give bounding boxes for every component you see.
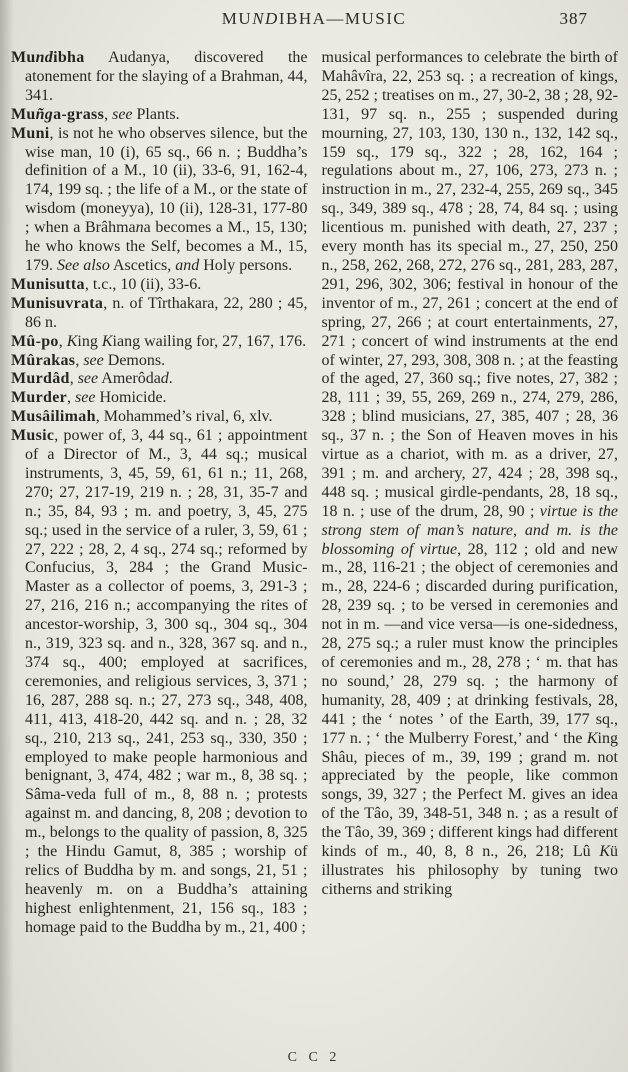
left-column: Mundibha Audanya, discovered the atoneme… (11, 49, 308, 938)
index-entry: Muni, is not he who observes silence, bu… (11, 125, 308, 276)
index-entry: Mû-po, King Kiang wailing for, 27, 167, … (11, 333, 308, 352)
page-header: MUNDIBHA—MUSIC 387 (0, 0, 628, 43)
index-headword: Music (11, 427, 54, 444)
index-entry: Murder, see Homicide. (11, 389, 308, 408)
page-number: 387 (560, 9, 589, 29)
running-title: MUNDIBHA—MUSIC (0, 9, 628, 29)
index-headword: Munisuvrata (11, 295, 103, 312)
index-headword: Munisutta (11, 276, 85, 293)
index-headword: Musâilimah (11, 408, 96, 425)
index-entry: musical performances to celebrate the bi… (322, 49, 619, 900)
index-headword: Mundibha (11, 49, 85, 66)
index-entry: Mundibha Audanya, discovered the atoneme… (11, 49, 308, 106)
index-entry: Munisutta, t.c., 10 (ii), 33-6. (11, 276, 308, 295)
index-columns: Mundibha Audanya, discovered the atoneme… (0, 43, 628, 938)
page-footer: C C 2 (0, 1050, 628, 1066)
index-entry: Munisuvrata, n. of Tîrthakara, 22, 280 ;… (11, 295, 308, 333)
book-page: MUNDIBHA—MUSIC 387 Mundibha Audanya, dis… (0, 0, 628, 1072)
right-column: musical performances to celebrate the bi… (322, 49, 619, 938)
index-headword: Murder (11, 389, 67, 406)
index-entry: Murdâd, see Amerôdad. (11, 370, 308, 389)
index-entry: Musâilimah, Mohammed’s rival, 6, xlv. (11, 408, 308, 427)
index-headword: Mû-po (11, 333, 59, 350)
signature-mark: C C 2 (0, 1050, 628, 1066)
index-entry: Muñga-grass, see Plants. (11, 106, 308, 125)
index-headword: Muñga-grass (11, 106, 104, 123)
index-headword: Murdâd (11, 370, 70, 387)
index-headword: Muni (11, 125, 50, 142)
index-entry: Music, power of, 3, 44 sq., 61 ; appoint… (11, 427, 308, 937)
index-headword: Mûrakas (11, 352, 75, 369)
index-entry: Mûrakas, see Demons. (11, 352, 308, 371)
